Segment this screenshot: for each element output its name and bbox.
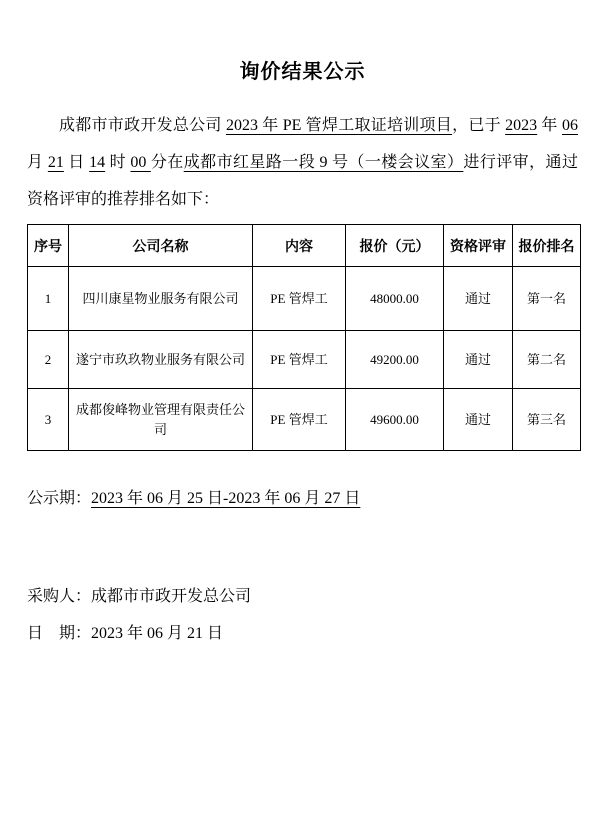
cell-index: 3 — [28, 389, 69, 451]
intro-segment: 月 — [27, 154, 48, 171]
cell-index: 1 — [28, 267, 69, 331]
intro-segment: 年 — [537, 117, 562, 134]
intro-segment-minute: 00 — [130, 154, 150, 171]
header-cell-index: 序号 — [28, 225, 69, 267]
intro-segment: 时 — [105, 154, 130, 171]
cell-price: 49200.00 — [346, 331, 444, 389]
page-title: 询价结果公示 — [27, 0, 578, 84]
purchaser-label: 采购人： — [27, 588, 91, 605]
intro-segment-project-name: 2023 年 PE 管焊工取证培训项目 — [226, 117, 452, 134]
cell-qualification: 通过 — [444, 267, 513, 331]
cell-price: 49600.00 — [346, 389, 444, 451]
cell-price: 48000.00 — [346, 267, 444, 331]
header-cell-content: 内容 — [253, 225, 346, 267]
cell-rank: 第一名 — [513, 267, 581, 331]
purchaser-line: 采购人：成都市市政开发总公司 — [27, 585, 578, 609]
cell-company: 成都俊峰物业管理有限责任公司 — [69, 389, 253, 451]
cell-content: PE 管焊工 — [253, 389, 346, 451]
header-cell-price: 报价（元） — [346, 225, 444, 267]
intro-segment: 分在 — [151, 154, 184, 171]
intro-segment-address: 成都市红星路一段 9 号（一楼会议室） — [184, 154, 464, 171]
cell-company: 遂宁市玖玖物业服务有限公司 — [69, 331, 253, 389]
cell-content: PE 管焊工 — [253, 331, 346, 389]
header-cell-qualification: 资格评审 — [444, 225, 513, 267]
intro-segment: 日 — [64, 154, 89, 171]
table-row: 3 成都俊峰物业管理有限责任公司 PE 管焊工 49600.00 通过 第三名 — [28, 389, 581, 451]
date-label: 日 期： — [27, 625, 91, 642]
cell-rank: 第三名 — [513, 389, 581, 451]
cell-content: PE 管焊工 — [253, 267, 346, 331]
table-row: 1 四川康星物业服务有限公司 PE 管焊工 48000.00 通过 第一名 — [28, 267, 581, 331]
intro-segment: ，已于 — [452, 117, 505, 134]
table-row: 2 遂宁市玖玖物业服务有限公司 PE 管焊工 49200.00 通过 第二名 — [28, 331, 581, 389]
results-table: 序号 公司名称 内容 报价（元） 资格评审 报价排名 1 四川康星物业服务有限公… — [27, 224, 581, 451]
cell-company: 四川康星物业服务有限公司 — [69, 267, 253, 331]
intro-segment-month: 06 — [562, 117, 578, 134]
date-value: 2023 年 06 月 21 日 — [91, 625, 223, 642]
table-header-row: 序号 公司名称 内容 报价（元） 资格评审 报价排名 — [28, 225, 581, 267]
cell-qualification: 通过 — [444, 331, 513, 389]
intro-paragraph: 成都市市政开发总公司 2023 年 PE 管焊工取证培训项目，已于 2023 年… — [27, 107, 578, 218]
intro-segment-day: 21 — [48, 154, 64, 171]
date-line: 日 期：2023 年 06 月 21 日 — [27, 622, 578, 646]
cell-qualification: 通过 — [444, 389, 513, 451]
intro-segment-year: 2023 — [505, 117, 537, 134]
header-cell-company: 公司名称 — [69, 225, 253, 267]
purchaser-name: 成都市市政开发总公司 — [91, 588, 251, 605]
publicity-period-dates: 2023 年 06 月 25 日-2023 年 06 月 27 日 — [91, 490, 360, 507]
publicity-period-line: 公示期：2023 年 06 月 25 日-2023 年 06 月 27 日 — [27, 487, 578, 511]
header-cell-rank: 报价排名 — [513, 225, 581, 267]
publicity-label: 公示期： — [27, 490, 91, 507]
cell-rank: 第二名 — [513, 331, 581, 389]
intro-segment-hour: 14 — [89, 154, 105, 171]
intro-segment: 成都市市政开发总公司 — [59, 117, 226, 134]
announcement-page: 询价结果公示 成都市市政开发总公司 2023 年 PE 管焊工取证培训项目，已于… — [0, 0, 605, 646]
cell-index: 2 — [28, 331, 69, 389]
